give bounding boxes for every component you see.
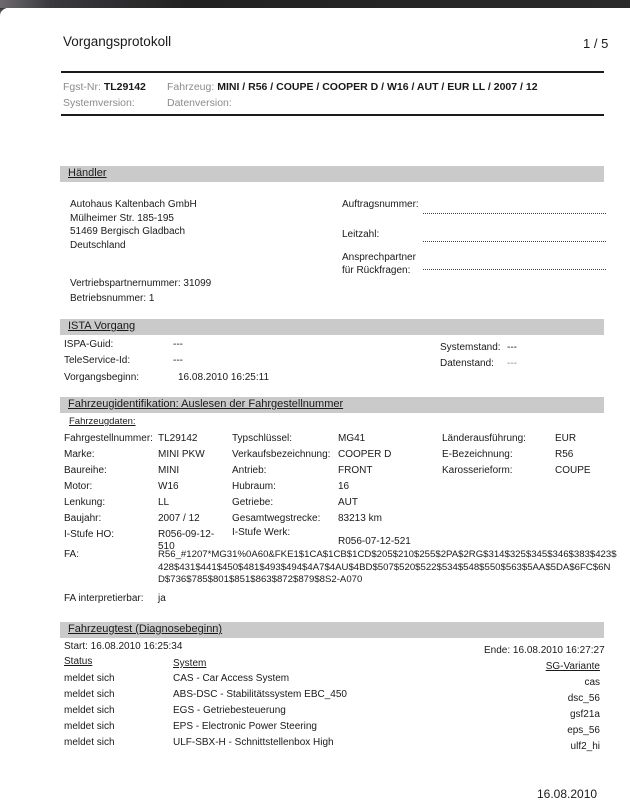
field-label: Hubraum:: [232, 481, 276, 492]
field-value: 16: [338, 481, 349, 492]
field-label: Baujahr:: [64, 513, 101, 524]
section-title: Händler: [68, 167, 107, 179]
field-label: Gesamtwegstrecke:: [232, 513, 320, 524]
field-value: MINI: [158, 465, 179, 476]
field-label: Typschlüssel:: [232, 433, 292, 444]
datenstand-label: Datenstand:: [440, 358, 494, 369]
document-page: Vorgangsprotokoll 1 / 5 Fgst-Nr: TL29142…: [0, 8, 630, 800]
section-bar-identification: Fahrzeugidentifikation: Auslesen der Fah…: [60, 397, 604, 413]
address-line: 51469 Bergisch Gladbach: [70, 225, 197, 239]
field-value: COUPE: [555, 465, 591, 476]
fa-interpretierbar-label: FA interpretierbar:: [64, 593, 143, 604]
field-value: R56: [555, 449, 573, 460]
field-value: COOPER D: [338, 449, 391, 460]
field-label: Lenkung:: [64, 497, 105, 508]
systemversion-label: Systemversion:: [63, 97, 135, 109]
systemstand-label: Systemstand:: [440, 342, 501, 353]
scan-edge: [0, 0, 630, 8]
field-label: I-Stufe Werk:: [232, 527, 290, 538]
section-bar-ista: ISTA Vorgang: [60, 319, 604, 335]
system-cell: EPS - Electronic Power Steering: [173, 721, 317, 732]
teleservice-id-value: ---: [173, 355, 183, 366]
field-value: R056-09-12-: [158, 529, 214, 540]
divider: [61, 71, 604, 73]
section-title: ISTA Vorgang: [68, 320, 135, 332]
fahrzeugdaten-heading: Fahrzeugdaten:: [69, 416, 136, 427]
ispa-guid-value: ---: [173, 339, 183, 350]
field-label: I-Stufe HO:: [64, 529, 114, 540]
ansprechpartner-field[interactable]: [423, 269, 606, 270]
test-ende: Ende: 16.08.2010 16:27:27: [484, 645, 605, 656]
field-label: Motor:: [64, 481, 92, 492]
field-value: R056-07-12-521: [338, 536, 411, 547]
divider: [61, 114, 604, 116]
field-label: Länderausführung:: [442, 433, 526, 444]
system-cell: CAS - Car Access System: [173, 673, 289, 684]
status-cell: meldet sich: [64, 673, 115, 684]
field-value: MINI PKW: [158, 449, 205, 460]
fahrzeug: Fahrzeug: MINI / R56 / COUPE / COOPER D …: [167, 81, 538, 93]
fa-label: FA:: [64, 549, 79, 560]
system-cell: ABS-DSC - Stabilitätssystem EBC_450: [173, 689, 347, 700]
system-column-header: System: [173, 658, 206, 669]
field-value: AUT: [338, 497, 358, 508]
ansprechpartner-label-line2: für Rückfragen:: [342, 264, 416, 277]
leitzahl-label: Leitzahl:: [342, 229, 379, 240]
ispa-guid-label: ISPA-Guid:: [64, 339, 113, 350]
fahrzeug-label: Fahrzeug:: [167, 81, 214, 93]
field-value: W16: [158, 481, 179, 492]
field-label: E-Bezeichnung:: [442, 449, 513, 460]
field-value: 2007 / 12: [158, 513, 200, 524]
variant-cell: ulf2_hi: [571, 741, 600, 752]
fgst-nr: Fgst-Nr: TL29142: [63, 81, 146, 93]
document-title: Vorgangsprotokoll: [63, 34, 171, 49]
field-value: LL: [158, 497, 169, 508]
fgst-label: Fgst-Nr:: [63, 81, 101, 93]
fa-line: 428$431$441$450$481$493$494$4A7$4AU$4BD$…: [158, 562, 617, 575]
field-label: Antrieb:: [232, 465, 266, 476]
auftragsnummer-field[interactable]: [423, 213, 606, 214]
field-label: Marke:: [64, 449, 95, 460]
status-cell: meldet sich: [64, 721, 115, 732]
vorgangsbeginn-value: 16.08.2010 16:25:11: [178, 372, 269, 383]
ansprechpartner-label: Ansprechpartner für Rückfragen:: [342, 251, 416, 277]
field-label: Verkaufsbezeichnung:: [232, 449, 330, 460]
status-cell: meldet sich: [64, 689, 115, 700]
variant-cell: dsc_56: [568, 693, 600, 704]
address-line: Autohaus Kaltenbach GmbH: [70, 198, 197, 212]
section-title: Fahrzeugidentifikation: Auslesen der Fah…: [68, 398, 343, 410]
field-value: MG41: [338, 433, 365, 444]
fgst-value: TL29142: [104, 81, 146, 93]
field-label: Karosserieform:: [442, 465, 513, 476]
status-cell: meldet sich: [64, 705, 115, 716]
page-indicator: 1 / 5: [583, 36, 608, 51]
fahrzeug-value: MINI / R56 / COUPE / COOPER D / W16 / AU…: [217, 81, 537, 93]
address-line: Deutschland: [70, 239, 197, 253]
section-bar-haendler: Händler: [60, 166, 604, 182]
field-label: Getriebe:: [232, 497, 273, 508]
systemstand-value: ---: [507, 342, 517, 353]
field-value: FRONT: [338, 465, 372, 476]
field-value: EUR: [555, 433, 576, 444]
variant-cell: cas: [584, 677, 600, 688]
status-column-header: Status: [64, 656, 92, 667]
fa-line: R56_#1207*MG31%0A60&FKE1$1CA$1CB$1CD$205…: [158, 549, 617, 562]
field-value: 83213 km: [338, 513, 382, 524]
field-label: Baureihe:: [64, 465, 107, 476]
vorgangsbeginn-label: Vorgangsbeginn:: [64, 372, 139, 383]
fa-interpretierbar-value: ja: [158, 593, 166, 604]
auftragsnummer-label: Auftragsnummer:: [342, 199, 419, 210]
variant-cell: gsf21a: [570, 709, 600, 720]
teleservice-id-label: TeleService-Id:: [64, 355, 130, 366]
datenstand-value: ---: [507, 358, 517, 369]
variant-cell: eps_56: [567, 725, 600, 736]
system-cell: EGS - Getriebesteuerung: [173, 705, 286, 716]
section-title: Fahrzeugtest (Diagnosebeginn): [68, 623, 222, 635]
leitzahl-field[interactable]: [423, 241, 606, 242]
dealer-address: Autohaus Kaltenbach GmbH Mülheimer Str. …: [70, 198, 197, 252]
field-label: Fahrgestellnummer:: [64, 433, 153, 444]
fa-line: D$736$785$801$851$863$872$879$8S2-A070: [158, 574, 617, 587]
address-line: Mülheimer Str. 185-195: [70, 212, 197, 226]
fa-code: R56_#1207*MG31%0A60&FKE1$1CA$1CB$1CD$205…: [158, 549, 617, 587]
variant-column-header: SG-Variante: [546, 661, 600, 672]
field-value: TL29142: [158, 433, 197, 444]
datenversion-label: Datenversion:: [167, 97, 232, 109]
test-start: Start: 16.08.2010 16:25:34: [64, 641, 182, 652]
status-cell: meldet sich: [64, 737, 115, 748]
footer-date: 16.08.2010: [537, 787, 597, 800]
vertriebspartnernummer: Vertriebspartnernummer: 31099: [70, 278, 211, 289]
system-cell: ULF-SBX-H - Schnittstellenbox High: [173, 737, 334, 748]
section-bar-fahrzeugtest: Fahrzeugtest (Diagnosebeginn): [60, 622, 604, 638]
ansprechpartner-label-line1: Ansprechpartner: [342, 251, 416, 264]
betriebsnummer: Betriebsnummer: 1: [70, 293, 154, 304]
